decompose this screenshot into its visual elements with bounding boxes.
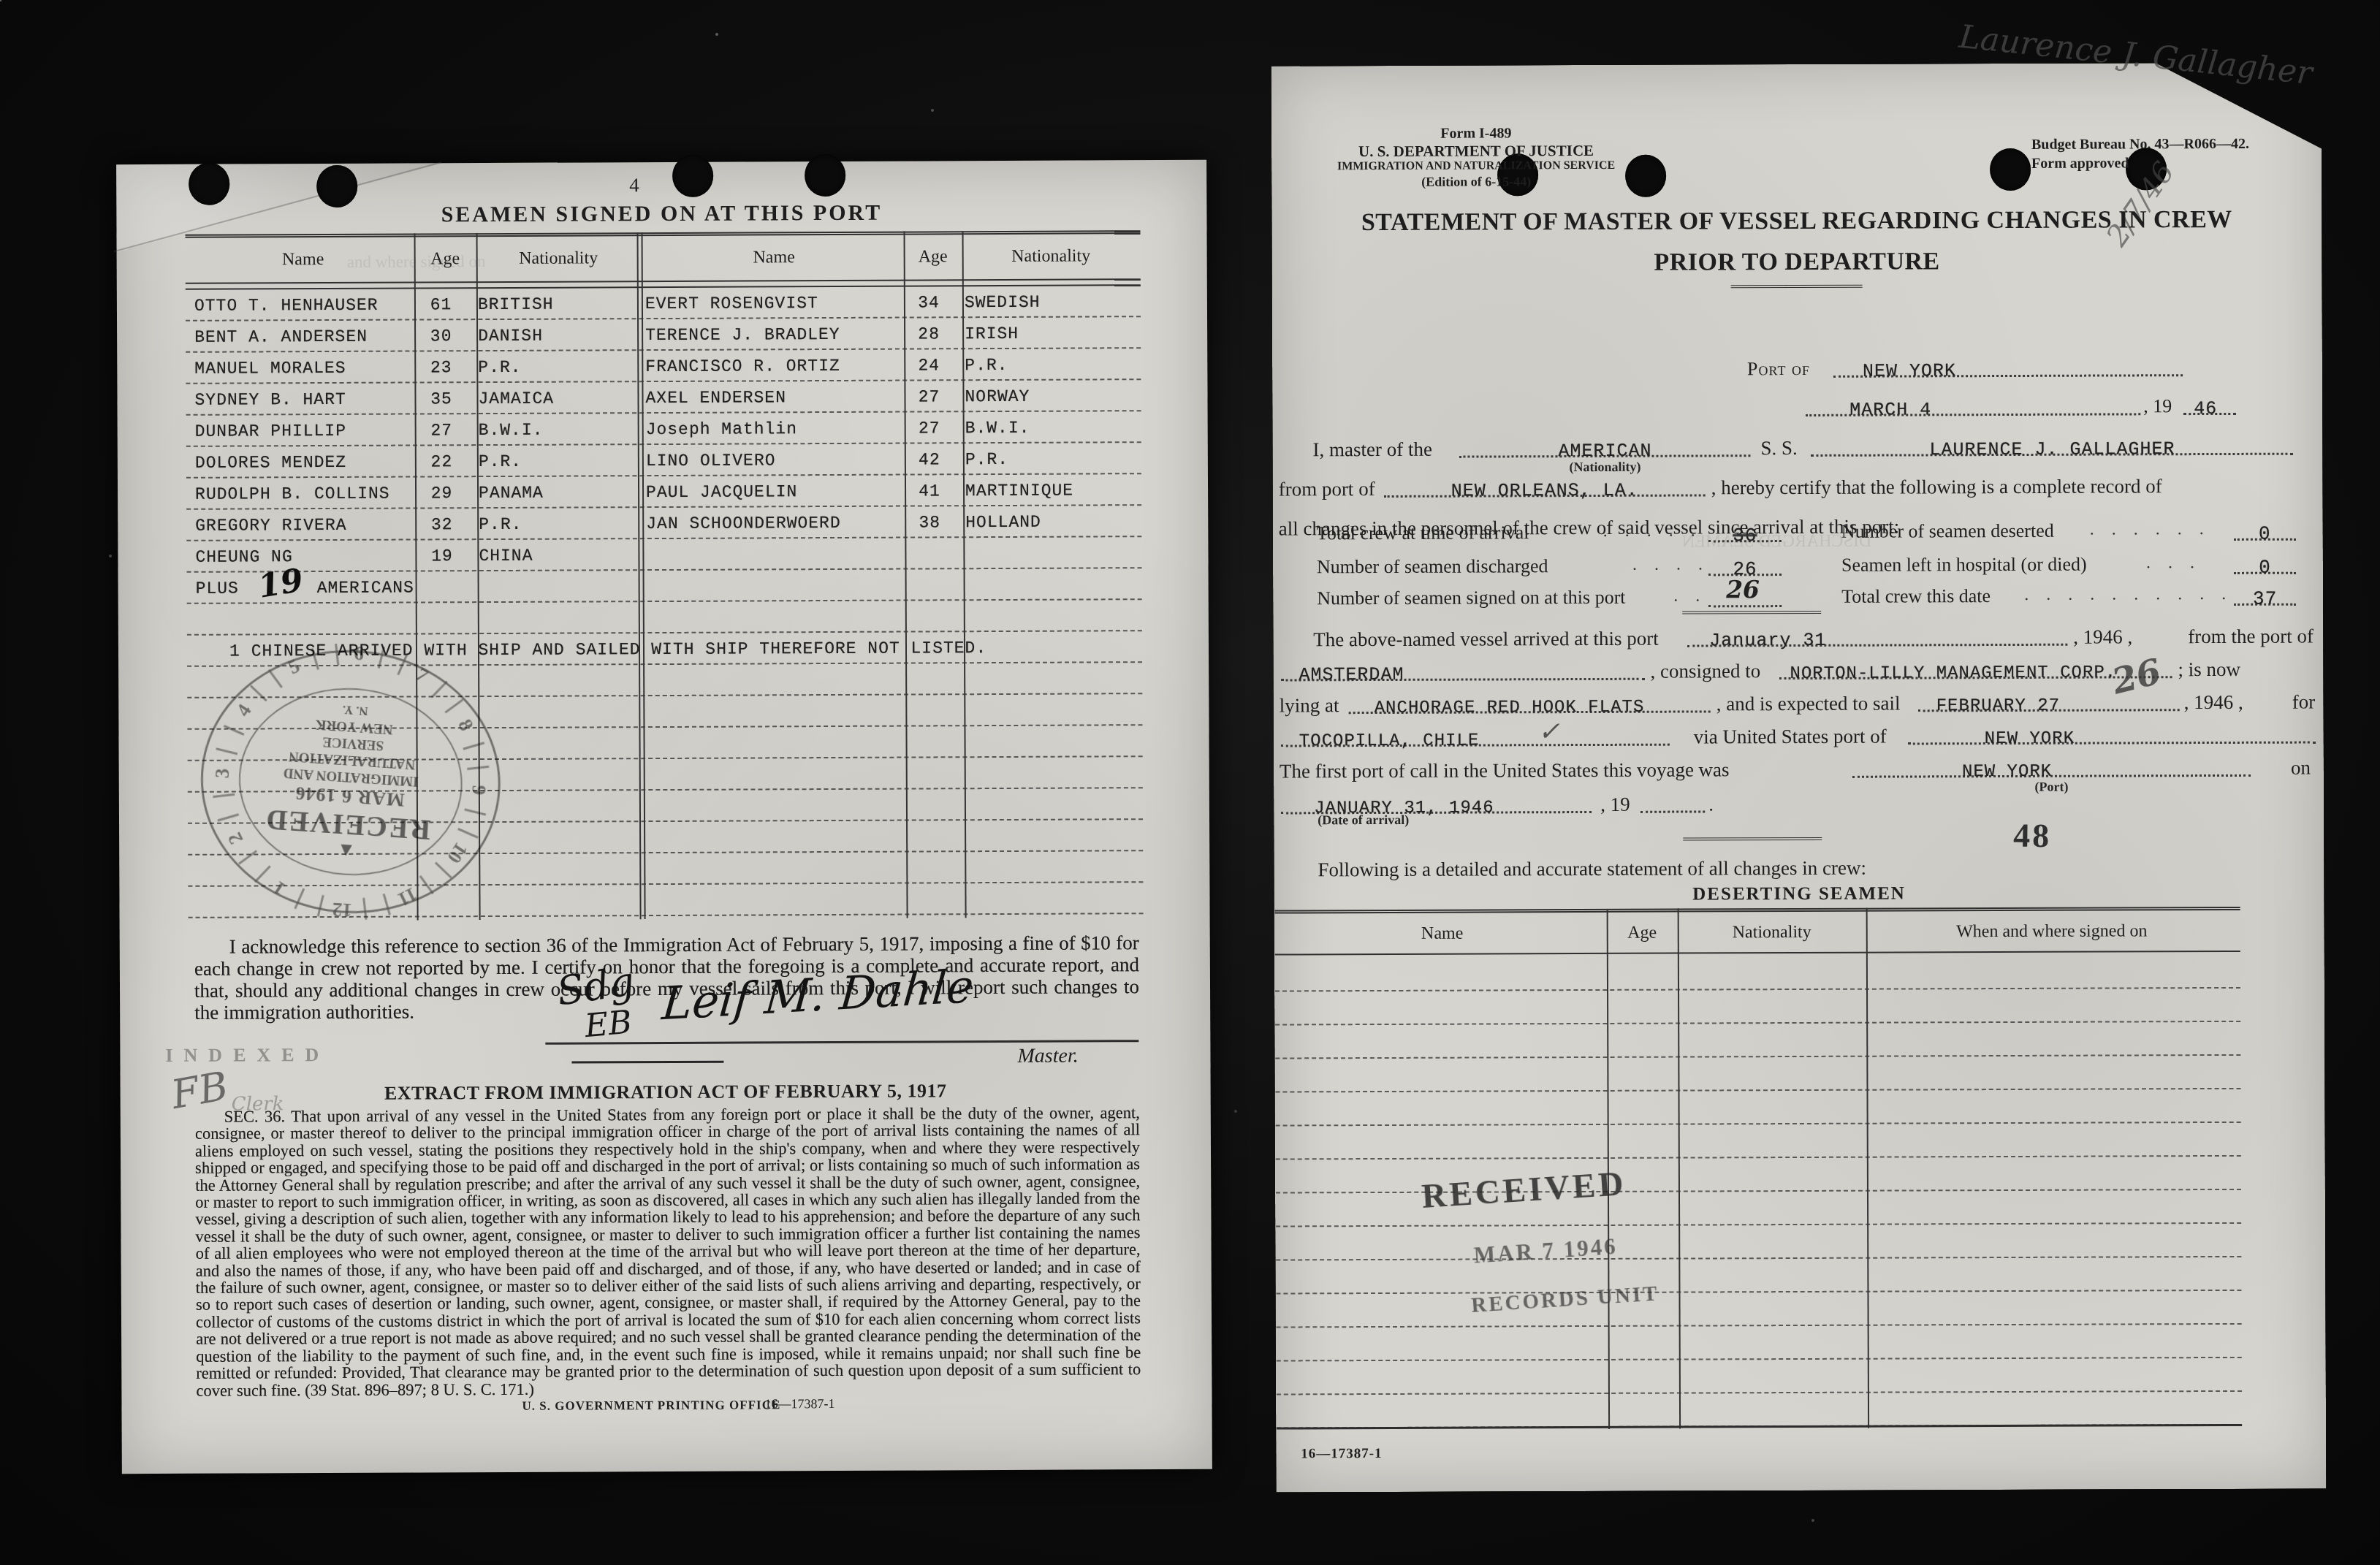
cell-text: CHINA: [479, 546, 631, 566]
bleed-through-text: DISCHARGED SEAMEN: [1682, 532, 1871, 552]
nationality-field: AMERICAN: [1459, 433, 1750, 457]
indexed-stamp: INDEXED: [165, 1044, 330, 1067]
received-stamp-date: MAR 7 1946: [1473, 1233, 1619, 1269]
master-label: Master.: [1017, 1045, 1078, 1068]
first-port-field: NEW YORK: [1852, 753, 2251, 778]
punch-hole: [1990, 148, 2031, 191]
arrival-lead: The above-named vessel arrived at this p…: [1313, 628, 1658, 652]
table-row: [1277, 1323, 2242, 1362]
column-header: Age: [904, 247, 962, 267]
gpo-footer: U. S. GOVERNMENT PRINTING OFFICE: [522, 1398, 780, 1414]
stamp-title: RECEIVED: [264, 802, 432, 848]
first-port-lead: The first port of call in the United Sta…: [1280, 758, 1730, 782]
stat-label: Number of seamen discharged: [1317, 555, 1548, 578]
cell-text: B.W.I.: [965, 418, 1130, 438]
cell-text: EVERT ROSENGVIST: [645, 294, 894, 313]
punch-hole: [672, 155, 713, 197]
cell-text: SYDNEY B. HART: [194, 390, 405, 410]
dot-leader: . . . . . . . . . .: [2024, 585, 2232, 605]
stamp-dial-number: 5: [274, 649, 313, 684]
deserting-seamen-table: Name Age Nationality When and where sign…: [1278, 907, 2239, 1432]
stamp-tick: [311, 648, 319, 670]
punch-hole: [1625, 155, 1666, 197]
table-row: [1275, 1054, 2240, 1093]
via-port-field: NEW YORK: [1908, 720, 2316, 745]
stat-field: 26: [1708, 552, 1782, 576]
cell-text: DUNBAR PHILLIP: [195, 422, 406, 441]
port-of-field: NEW YORK: [1833, 352, 2183, 378]
stamp-dial-number: 11: [388, 880, 427, 915]
lying-at-value: ANCHORAGE RED HOOK FLATS: [1375, 698, 1645, 718]
cell-text: LINO OLIVERO: [646, 451, 894, 471]
consigned-label: , consigned to: [1650, 660, 1760, 683]
page-stamp-number: 48: [2013, 816, 2052, 856]
form-approved-line: Form approved: [2031, 155, 2129, 172]
stamp-center-text: ▲ RECEIVED MAR 6 1946 IMMIGRATION AND NA…: [237, 686, 463, 878]
stat-value: 0: [2259, 557, 2271, 579]
deserting-seamen-title: DESERTING SEAMEN: [1274, 882, 2324, 906]
cell-text: 42: [900, 450, 959, 469]
year-field: 46: [2183, 391, 2236, 415]
arrival-tail: from the port of: [2188, 625, 2314, 649]
signature-scribble: EB: [583, 1003, 634, 1045]
is-now-label: ; is now: [2178, 658, 2240, 681]
cell-text: P.R.: [965, 355, 1130, 375]
cell-text: 22: [411, 452, 473, 471]
cell-text: 19: [411, 547, 473, 566]
section-rule: [1682, 611, 1821, 614]
port-of-label: Port of: [1747, 358, 1810, 380]
stat-field: 37: [2234, 582, 2296, 606]
cell-text: 24: [900, 356, 958, 375]
cell-text: SWEDISH: [965, 292, 1130, 312]
cell-text: 32: [411, 515, 473, 534]
port-of-value: NEW YORK: [1863, 360, 1956, 381]
cell-text: DANISH: [478, 326, 630, 346]
cell-text: P.R.: [965, 449, 1130, 469]
dot-leader: . . .: [2146, 553, 2201, 573]
plus-row-prefix: PLUS: [196, 579, 239, 598]
stat-label: Seamen left in hospital (or died): [1841, 554, 2087, 576]
punch-hole: [805, 154, 845, 197]
arrival-year: , 1946 ,: [2073, 625, 2132, 648]
year-label2: , 19: [1600, 793, 1630, 816]
destination-field: TOCOPILLA, CHILE ✓: [1281, 722, 1670, 747]
via-port-value: NEW YORK: [1985, 729, 2075, 749]
stamp-dial-number: 1: [259, 870, 299, 907]
nationality-value: AMERICAN: [1558, 441, 1651, 462]
table-row: [1276, 1256, 2241, 1295]
section-rule2: [1683, 837, 1822, 841]
cell-text: MARTINIQUE: [965, 481, 1130, 500]
signature-line-short: [571, 1061, 723, 1064]
cell-text: 27: [411, 421, 473, 440]
service-name: IMMIGRATION AND NATURALIZATION SERVICE: [1326, 159, 1626, 173]
cell-text: P.R.: [478, 357, 630, 377]
stat-field: 26: [1708, 583, 1782, 607]
stat-value-handwritten: 26: [1726, 575, 1760, 603]
plus-row-suffix: AMERICANS: [317, 578, 414, 598]
punch-hole: [316, 165, 357, 207]
cell-text: DOLORES MENDEZ: [195, 453, 406, 473]
following-line: Following is a detailed and accurate sta…: [1318, 857, 1866, 882]
form-code-footer: 16—17387-1: [764, 1396, 834, 1412]
table-row: [1275, 953, 2240, 992]
lying-at-field: ANCHORAGE RED HOOK FLATS: [1349, 688, 1711, 714]
destination-value: TOCOPILLA, CHILE: [1299, 731, 1480, 752]
year-value: 46: [2194, 398, 2217, 419]
edition-line: (Edition of 6-15-44): [1374, 174, 1578, 190]
cell-text: AXEL ENDERSEN: [645, 388, 894, 408]
arrival-date-value: January 31: [1709, 630, 1826, 652]
stat-label: Number of seamen signed on at this port: [1317, 587, 1626, 609]
stamp-tick: [463, 742, 484, 750]
scanned-document: 4 SEAMEN SIGNED ON AT THIS PORT Name Age…: [0, 0, 2380, 1565]
master-lead: I, master of the: [1312, 438, 1432, 462]
page-number: 4: [629, 174, 639, 197]
department-name: U. S. DEPARTMENT OF JUSTICE: [1345, 142, 1608, 161]
scan-dust: [0, 0, 1, 1]
stamp-dial-number: 9: [466, 773, 492, 807]
budget-bureau-line: Budget Bureau No. 43—R066—42.: [2031, 136, 2249, 153]
dot-leader: . . . .: [1632, 555, 1709, 574]
received-stamp-unit: RECORDS UNIT: [1470, 1282, 1659, 1318]
via-label: via United States port of: [1694, 726, 1887, 749]
cell-text: RUDOLPH B. COLLINS: [195, 484, 406, 504]
dot-leader: . . . . . .: [2090, 519, 2210, 540]
arrival-date-field: January 31: [1687, 622, 2067, 647]
date-of-arrival-caption: (Date of arrival): [1318, 812, 1409, 828]
year-label: , 19: [2143, 395, 2172, 417]
cell-text: OTTO T. HENHAUSER: [194, 296, 405, 316]
date-field: MARCH 4: [1806, 391, 2140, 416]
punch-hole: [189, 163, 229, 205]
sail-year: , 1946 ,: [2184, 691, 2243, 714]
cell-text: 61: [410, 295, 472, 314]
title-rule: [1731, 285, 1863, 289]
cell-text: CHEUNG NG: [195, 547, 406, 567]
plus-row-handwritten-number: 19: [256, 562, 306, 606]
stamp-tick: [213, 793, 235, 798]
form-title-line2: PRIOR TO DEPARTURE: [1271, 246, 2322, 278]
stamp-tick: [464, 808, 486, 815]
vessel-name-value: LAURENCE J. GALLAGHER: [1929, 438, 2175, 460]
stamp-location-line: N. Y.: [342, 702, 368, 718]
table-row: [1277, 1390, 2242, 1429]
column-header: Nationality: [966, 246, 1136, 267]
expected-sail-label: , and is expected to sail: [1716, 693, 1901, 716]
stamp-dial-number: 7: [402, 656, 441, 693]
ss-label: S. S.: [1760, 437, 1797, 460]
from-port-lead: from port of: [1279, 478, 1375, 500]
port-caption: (Port): [1852, 779, 2251, 796]
on-label: on: [2291, 757, 2311, 780]
cell-text: 29: [411, 484, 473, 503]
column-header: Name: [645, 248, 904, 269]
from-port-field: NEW ORLEANS, LA.: [1384, 472, 1706, 498]
cell-text: B.W.I.: [479, 420, 631, 440]
from-port-tail: , hereby certify that the following is a…: [1711, 475, 2162, 499]
left-page: 4 SEAMEN SIGNED ON AT THIS PORT Name Age…: [116, 160, 1212, 1474]
stamp-dial-number: 12: [325, 897, 359, 923]
table-row: [1275, 1021, 2240, 1059]
consignee-value: NORTON-LILLY MANAGEMENT CORP.: [1790, 663, 2116, 684]
cell-text: 34: [900, 293, 958, 312]
cell-text: IRISH: [965, 324, 1130, 343]
cell-text: JAMAICA: [478, 389, 630, 408]
check-mark: ✓: [1538, 717, 1560, 747]
table-row: [1275, 1088, 2240, 1127]
column-header: Nationality: [480, 248, 637, 269]
form-title-line1: STATEMENT OF MASTER OF VESSEL REGARDING …: [1271, 205, 2322, 237]
stamp-pointer-icon: ▲: [340, 842, 352, 861]
cell-text: P.R.: [479, 452, 631, 471]
stat-label: Total crew at time of arrival: [1317, 522, 1529, 544]
table-row: [1277, 1357, 2242, 1395]
vessel-name-field: LAURENCE J. GALLAGHER: [1811, 431, 2293, 457]
cell-text: NORWAY: [965, 387, 1130, 406]
cell-text: 23: [410, 358, 472, 377]
cell-text: BENT A. ANDERSEN: [194, 327, 405, 347]
cell-text: MANUEL MORALES: [194, 359, 405, 378]
cell-text: TERENCE J. BRADLEY: [645, 325, 894, 345]
cell-text: Joseph Mathlin: [646, 419, 894, 439]
period: .: [1708, 793, 1714, 815]
form-code-footer: 16—17387-1: [1301, 1446, 1382, 1462]
year-blank-field: [1640, 788, 1705, 812]
stat-field: 0: [2234, 517, 2296, 541]
table-row: [1276, 1122, 2241, 1160]
table-top-border: [186, 230, 1141, 238]
arrival-date-field2: JANUARY 31, 1946: [1281, 789, 1592, 814]
date-value: MARCH 4: [1849, 399, 1931, 420]
stamp-tick: [467, 766, 489, 770]
table-row: [1276, 1290, 2241, 1328]
right-page: Form I-489 U. S. DEPARTMENT OF JUSTICE I…: [1271, 62, 2327, 1492]
bleed-through-text: and where signed on: [347, 252, 486, 272]
from-port-value: NEW ORLEANS, LA.: [1451, 480, 1638, 502]
stamp-tick: [216, 747, 237, 755]
stat-field: 0: [2234, 550, 2296, 574]
cell-text: PANAMA: [479, 483, 631, 503]
stamp-dial-number: 3: [210, 756, 235, 790]
foreign-port-value: AMSTERDAM: [1299, 664, 1404, 686]
cell-text: PAUL JACQUELIN: [646, 482, 894, 502]
sail-date-value: FEBRUARY 27: [1936, 696, 2061, 717]
cell-text: 30: [410, 327, 472, 346]
lying-at-label: lying at: [1280, 694, 1339, 717]
received-stamp-circular: 123456789101112 ▲ RECEIVED MAR 6 1946 IM…: [192, 641, 509, 923]
table-row: [1276, 1222, 2241, 1261]
form-number: Form I-489: [1374, 125, 1578, 142]
stat-value: 37: [2253, 588, 2277, 610]
cell-text: 27: [900, 419, 959, 438]
cell-text: GREGORY RIVERA: [195, 516, 406, 536]
cell-text: FRANCISCO R. ORTIZ: [645, 357, 894, 376]
table-row: [1276, 1189, 2241, 1227]
cell-text: 35: [410, 389, 472, 408]
stat-label: Total crew this date: [1841, 585, 1991, 608]
left-page-title: SEAMEN SIGNED ON AT THIS PORT: [296, 200, 1027, 228]
cell-text: 38: [900, 513, 959, 532]
table-row: [1275, 987, 2240, 1026]
for-label: for: [2292, 691, 2316, 714]
cell-text: P.R.: [479, 514, 631, 534]
stat-value: 0: [2259, 523, 2271, 545]
dot-leader: . .: [1673, 586, 1706, 606]
extract-title: EXTRACT FROM IMMIGRATION ACT OF FEBRUARY…: [227, 1079, 1104, 1105]
stamp-dial-number: 6: [342, 641, 376, 666]
cell-text: 41: [900, 481, 959, 500]
extract-body: SEC. 36. That upon arrival of any vessel…: [195, 1104, 1141, 1399]
received-stamp-block: RECEIVED MAR 7 1946 RECORDS UNIT: [1421, 1157, 1744, 1330]
cell-text: 28: [900, 324, 958, 343]
table-body: [1278, 907, 2239, 1432]
cell-text: 27: [900, 387, 958, 406]
stat-label: Number of seamen deserted: [1841, 520, 2054, 543]
cell-text: JAN SCHOONDERWOERD: [646, 514, 894, 533]
foreign-port-field: AMSTERDAM: [1280, 656, 1644, 682]
cell-text: BRITISH: [478, 294, 630, 314]
cell-text: HOLLAND: [965, 512, 1130, 532]
